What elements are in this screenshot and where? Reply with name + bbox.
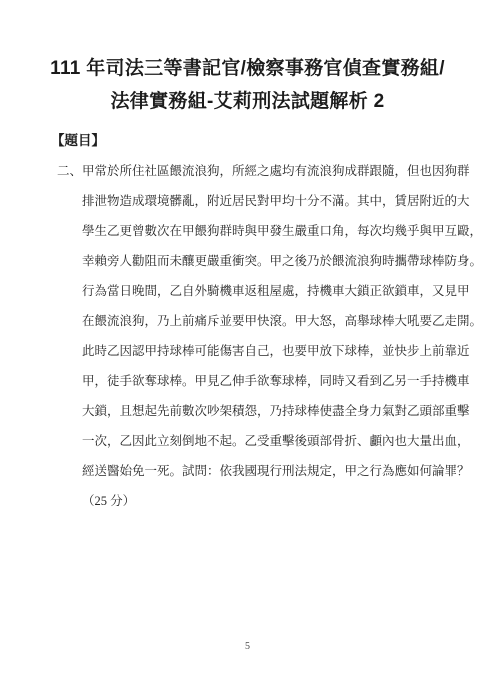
score-line: （25 分）: [57, 486, 473, 516]
document-title: 111 年司法三等書記官/檢察事務官偵查實務組/ 法律實務組-艾莉刑法試題解析 …: [0, 0, 495, 118]
question-line: 二、甲常於所住社區餵流浪狗，所經之處均有流浪狗成群跟隨，但也因狗群: [57, 156, 473, 186]
title-line-2: 法律實務組-艾莉刑法試題解析 2: [0, 85, 495, 118]
document-page: 111 年司法三等書記官/檢察事務官偵查實務組/ 法律實務組-艾莉刑法試題解析 …: [0, 0, 495, 700]
question-line: 行為當日晚間，乙自外騎機車返租屋處，持機車大鎖正欲鎖車，又見甲: [57, 276, 473, 306]
question-line: 經送醫始免一死。試問：依我國現行刑法規定，甲之行為應如何論罪？: [57, 456, 473, 486]
title-line-1: 111 年司法三等書記官/檢察事務官偵查實務組/: [0, 52, 495, 85]
question-line: 此時乙因認甲持球棒可能傷害自己，也要甲放下球棒，並快步上前靠近: [57, 336, 473, 366]
question-line: 在餵流浪狗，乃上前痛斥並要甲快滾。甲大怒，高舉球棒大吼要乙走開。: [57, 306, 473, 336]
question-paragraph: 二、甲常於所住社區餵流浪狗，所經之處均有流浪狗成群跟隨，但也因狗群 排泄物造成環…: [57, 156, 473, 516]
question-line: 一次，乙因此立刻倒地不起。乙受重擊後頭部骨折、顱內也大量出血，: [57, 426, 473, 456]
question-line: 排泄物造成環境髒亂，附近居民對甲均十分不滿。其中，賃居附近的大: [57, 186, 473, 216]
question-line: 學生乙更曾數次在甲餵狗群時與甲發生嚴重口角，每次均幾乎與甲互毆，: [57, 216, 473, 246]
section-label: 【題目】: [51, 129, 495, 149]
question-line: 甲，徒手欲奪球棒。甲見乙伸手欲奪球棒，同時又看到乙另一手持機車: [57, 366, 473, 396]
question-line: 大鎖，且想起先前數次吵架積怨，乃持球棒使盡全身力氣對乙頭部重擊: [57, 396, 473, 426]
question-line: 幸賴旁人勸阻而未釀更嚴重衝突。甲之後乃於餵流浪狗時攜帶球棒防身。: [57, 246, 473, 276]
page-number: 5: [0, 641, 495, 652]
